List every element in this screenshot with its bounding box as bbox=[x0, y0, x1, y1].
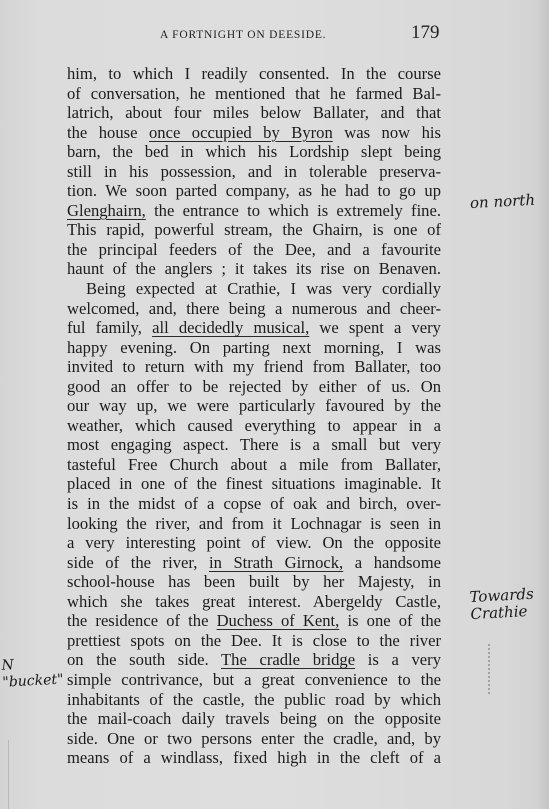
text-line-underlined: ful family, all decidedly musical, we sp… bbox=[67, 318, 441, 338]
text-line-underlined: the residence of the Duchess of Kent, is… bbox=[67, 611, 441, 631]
text-line: which she takes great interest. Abergeld… bbox=[67, 592, 441, 612]
book-page: A FORTNIGHT ON DEESIDE. 179 him, to whic… bbox=[0, 0, 549, 809]
text-line: inhabitants of the castle, the public ro… bbox=[67, 690, 441, 710]
text-line: weather, which caused everything to appe… bbox=[67, 416, 441, 436]
text-line: looking the river, and from it Lochnagar… bbox=[67, 514, 441, 534]
text-line: happy evening. On parting next morning, … bbox=[67, 338, 441, 358]
text-line: the principal feeders of the Dee, and a … bbox=[67, 240, 441, 260]
text-line: most engaging aspect. There is a small b… bbox=[67, 435, 441, 455]
text-line: the mail-coach daily travels being on th… bbox=[67, 709, 441, 729]
text-line-underlined: on the south side. The cradle bridge is … bbox=[67, 650, 441, 670]
text-line: him, to which I readily consented. In th… bbox=[67, 64, 441, 84]
handwritten-note-towards-crathie: Towards Crathie bbox=[469, 585, 549, 623]
page-edge-shadow bbox=[537, 0, 549, 809]
paragraph-start: Being expected at Crathie, I was very co… bbox=[67, 279, 441, 299]
margin-line bbox=[8, 740, 9, 809]
text-line: tasteful Free Church about a mile from B… bbox=[67, 455, 441, 475]
body-text: him, to which I readily consented. In th… bbox=[67, 64, 441, 768]
text-line: simple contrivance, but a great convenie… bbox=[67, 670, 441, 690]
text-line: barn, the bed in which his Lordship slep… bbox=[67, 142, 441, 162]
text-line: tion. We soon parted company, as he had … bbox=[67, 181, 441, 201]
text-line: school-house has been built by her Majes… bbox=[67, 572, 441, 592]
text-line: invited to return with my friend from Ba… bbox=[67, 357, 441, 377]
text-line: This rapid, powerful stream, the Ghairn,… bbox=[67, 220, 441, 240]
running-title: A FORTNIGHT ON DEESIDE. bbox=[160, 29, 326, 41]
text-line: still in his possession, and in tolerabl… bbox=[67, 162, 441, 182]
underlined-phrase: The cradle bridge bbox=[221, 650, 355, 669]
text-line-underlined: the house once occupied by Byron was now… bbox=[67, 123, 441, 143]
text-line-underlined: side of the river, in Strath Girnock, a … bbox=[67, 553, 441, 573]
text-line: good an offer to be rejected by either o… bbox=[67, 377, 441, 397]
text-line: of conversation, he mentioned that he fa… bbox=[67, 84, 441, 104]
pencil-margin-mark bbox=[488, 644, 490, 694]
text-line: our way up, we were particularly favoure… bbox=[67, 396, 441, 416]
underlined-phrase: Glenghairn, bbox=[67, 201, 146, 220]
text-line-underlined: Glenghairn, the entrance to which is ext… bbox=[67, 201, 441, 221]
text-line: means of a windlass, fixed high in the c… bbox=[67, 748, 441, 768]
text-line: is in the midst of a copse of oak and bi… bbox=[67, 494, 441, 514]
underlined-phrase: all decidedly musical, bbox=[152, 318, 309, 337]
underlined-phrase: Duchess of Kent, bbox=[217, 611, 340, 630]
text-line: welcomed, and, there being a numerous an… bbox=[67, 299, 441, 319]
handwritten-note-bucket: N "bucket" bbox=[1, 654, 69, 691]
underlined-phrase: in Strath Girnock, bbox=[209, 553, 343, 572]
text-line: a very interesting point of view. On the… bbox=[67, 533, 441, 553]
text-line: placed in one of the finest situations i… bbox=[67, 474, 441, 494]
text-line: side. One or two persons enter the cradl… bbox=[67, 729, 441, 749]
text-line: latrich, about four miles below Ballater… bbox=[67, 103, 441, 123]
page-number: 179 bbox=[411, 22, 440, 44]
text-line: haunt of the anglers ; it takes its rise… bbox=[67, 259, 441, 279]
text-line: prettiest spots on the Dee. It is close … bbox=[67, 631, 441, 651]
underlined-phrase: once occupied by Byron bbox=[149, 123, 333, 142]
